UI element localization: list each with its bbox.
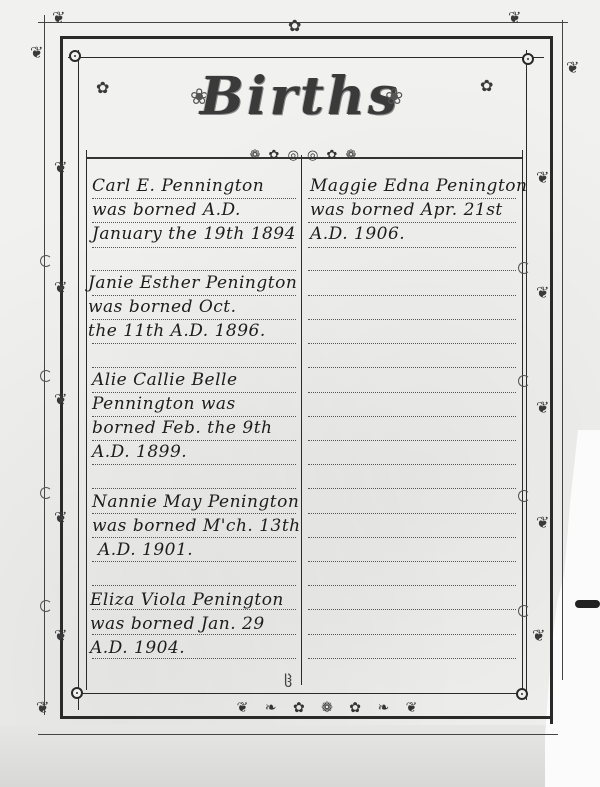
frame-bottom <box>60 716 552 719</box>
header-ornament: ❁ ✿ ◎ ◎ ✿ ❁ <box>244 148 364 163</box>
leaf-icon: ❦ <box>54 510 67 526</box>
bible-page: ❦ ❦ ❦ ❦ ❦ ❦ ❦ ❦ ❦ ❦ ❦ ❦ ❦ ❦ ❦ ✿ ✿ ✿ ❀ Bi… <box>0 0 600 787</box>
header-ornament-band: ❁ ✿ ◎ ◎ ✿ ❁ <box>86 152 522 162</box>
curl-ornament <box>40 370 52 382</box>
curl-ornament <box>40 255 52 267</box>
birth-entry-eliza: Eliza Viola Penington was borned Jan. 29… <box>90 588 284 660</box>
entry-line: A.D. 1904. <box>90 636 284 660</box>
entry-line: Carl E. Pennington <box>92 174 296 198</box>
entry-line: A.D. 1899. <box>92 440 273 464</box>
leaf-icon: ❦ <box>30 45 43 61</box>
birth-entry-carl: Carl E. Pennington was borned A.D. Janua… <box>92 174 296 246</box>
entry-line: the 11th A.D. 1896. <box>88 319 297 343</box>
entry-line: was borned Oct. <box>88 295 297 319</box>
bottom-ornament-band: ❦ ❧ ✿ ❁ ✿ ❧ ❦ <box>140 700 520 716</box>
corner-node-top-right <box>522 53 534 65</box>
frame-left-inner <box>78 50 79 710</box>
curl-ornament <box>518 490 530 502</box>
bottom-ornament: ❦ ❧ ✿ ❁ ✿ ❧ ❦ <box>237 700 424 716</box>
entry-line: Alie Callie Belle <box>92 368 273 392</box>
curl-ornament <box>40 487 52 499</box>
entry-line: Eliza Viola Penington <box>90 588 284 612</box>
leaf-icon: ❦ <box>508 10 521 26</box>
frame-top-inner <box>68 57 544 58</box>
entry-line: A.D. 1901. <box>92 538 301 562</box>
corner-node-bottom-right <box>516 688 528 700</box>
leaf-icon: ❦ <box>54 160 67 176</box>
entry-line: was borned M'ch. 13th <box>92 514 301 538</box>
birth-entry-nannie: Nannie May Penington was borned M'ch. 13… <box>92 490 301 562</box>
entry-line: borned Feb. the 9th <box>92 416 273 440</box>
entry-line: was borned Jan. 29 <box>90 612 284 636</box>
tear-shadow <box>575 600 600 608</box>
frame-bottom-inner <box>78 693 526 694</box>
curl-ornament <box>518 262 530 274</box>
title-flourish-right: ❀ <box>385 85 403 110</box>
entry-line: January the 19th 1894 <box>92 222 296 246</box>
entry-line: was borned Apr. 21st <box>310 198 527 222</box>
entry-line: Pennington was <box>92 392 273 416</box>
outer-frame-bottom <box>38 734 558 735</box>
birth-entry-maggie: Maggie Edna Penington was borned Apr. 21… <box>310 174 527 246</box>
leaf-icon: ❦ <box>536 170 549 186</box>
flower-icon: ✿ <box>96 80 109 96</box>
curl-ornament <box>40 600 52 612</box>
page-title: Births <box>180 62 420 132</box>
curl-ornament <box>518 375 530 387</box>
leaf-icon: ❦ <box>532 628 545 644</box>
leaf-icon: ❦ <box>54 392 67 408</box>
entry-line: Maggie Edna Penington <box>310 174 527 198</box>
leaf-icon: ❦ <box>36 700 49 716</box>
frame-top <box>60 36 552 39</box>
center-curl-ornament: ჱ <box>284 672 292 691</box>
flower-icon: ✿ <box>288 18 301 34</box>
entry-line: A.D. 1906. <box>310 222 527 246</box>
curl-ornament <box>518 605 530 617</box>
entry-line: Nannie May Penington <box>92 490 301 514</box>
leaf-icon: ❦ <box>52 10 65 26</box>
leaf-icon: ❦ <box>54 628 67 644</box>
leaf-icon: ❦ <box>566 60 579 76</box>
birth-entry-alie: Alie Callie Belle Pennington was borned … <box>92 368 273 464</box>
corner-node-bottom-left <box>71 687 83 699</box>
frame-right <box>550 36 553 724</box>
entry-line: was borned A.D. <box>92 198 296 222</box>
flower-icon: ✿ <box>480 78 493 94</box>
frame-left <box>60 36 63 718</box>
outer-frame-right <box>562 20 563 680</box>
outer-frame-top <box>38 22 568 23</box>
page-title-text: Births <box>200 66 400 127</box>
writing-area-left <box>86 150 87 690</box>
corner-node-top-left <box>69 50 81 62</box>
birth-entry-janie: Janie Esther Penington was borned Oct. t… <box>88 271 297 343</box>
leaf-icon: ❦ <box>536 400 549 416</box>
column-divider <box>301 155 302 685</box>
leaf-icon: ❦ <box>536 285 549 301</box>
leaf-icon: ❦ <box>536 515 549 531</box>
leaf-icon: ❦ <box>54 280 67 296</box>
entry-line: Janie Esther Penington <box>88 271 297 295</box>
